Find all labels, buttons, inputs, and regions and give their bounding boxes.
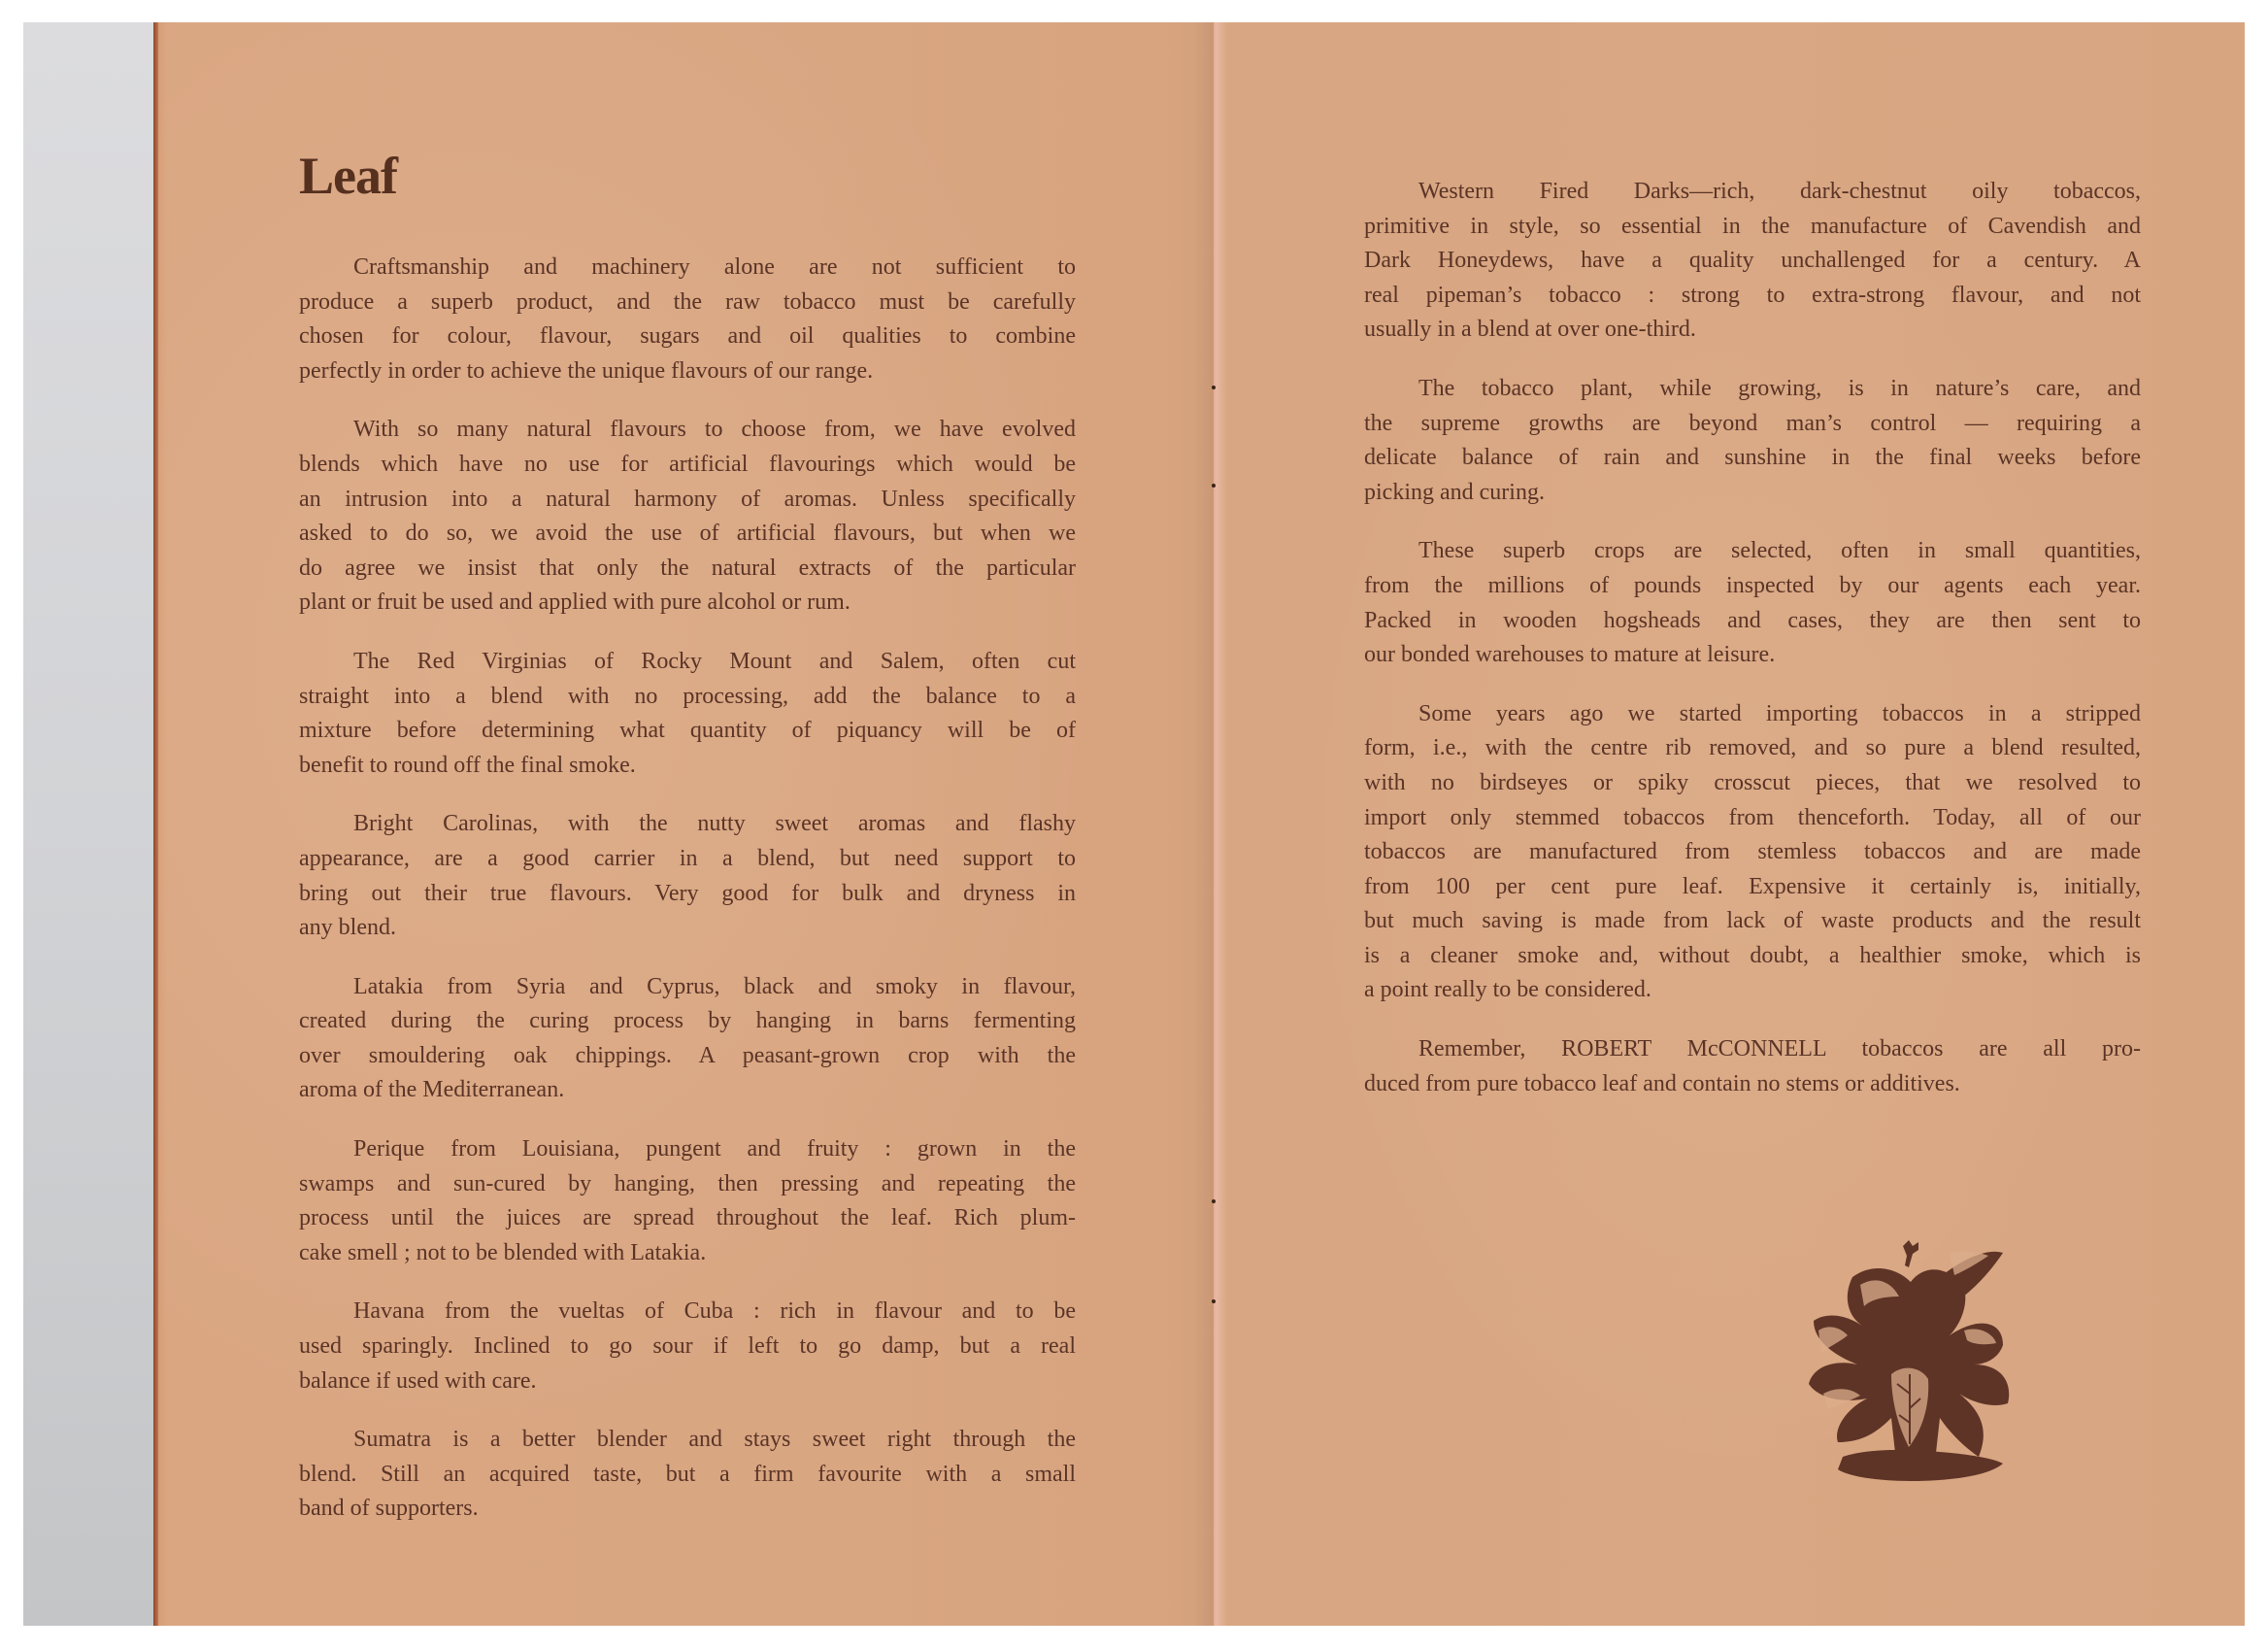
text-line: over smouldering oak chippings. A peasan…: [299, 1039, 1076, 1074]
staple-mark: [1212, 1199, 1216, 1203]
text-line: duced from pure tobacco leaf and contain…: [1364, 1067, 2141, 1102]
text-line: from the millions of pounds inspected by…: [1364, 569, 2141, 604]
text-line: a point really to be considered.: [1364, 973, 2141, 1008]
staple-mark: [1212, 484, 1216, 488]
text-line: Remember, ROBERT McCONNELL tobaccos are …: [1364, 1032, 2141, 1067]
text-line: balance if used with care.: [299, 1365, 1076, 1399]
text-line: tobaccos are manufactured from stemless …: [1364, 835, 2141, 870]
text-line: These superb crops are selected, often i…: [1364, 534, 2141, 569]
page-edge: [153, 22, 158, 1626]
text-line: process until the juices are spread thro…: [299, 1201, 1076, 1236]
text-line: asked to do so, we avoid the use of arti…: [299, 517, 1076, 552]
text-line: Bright Carolinas, with the nutty sweet a…: [299, 807, 1076, 842]
text-line: any blend.: [299, 911, 1076, 946]
paragraph: Remember, ROBERT McCONNELL tobaccos are …: [1364, 1032, 2141, 1101]
text-line: chosen for colour, flavour, sugars and o…: [299, 320, 1076, 354]
text-line: Havana from the vueltas of Cuba : rich i…: [299, 1295, 1076, 1330]
paragraph: The Red Virginias of Rocky Mount and Sal…: [299, 645, 1076, 783]
text-line: Sumatra is a better blender and stays sw…: [299, 1423, 1076, 1458]
paragraph: Latakia from Syria and Cyprus, black and…: [299, 970, 1076, 1108]
text-line: with no birdseyes or spiky crosscut piec…: [1364, 766, 2141, 801]
text-line: Craftsmanship and machinery alone are no…: [299, 251, 1076, 286]
paragraph: Bright Carolinas, with the nutty sweet a…: [299, 807, 1076, 945]
text-line: Dark Honeydews, have a quality unchallen…: [1364, 244, 2141, 279]
text-line: The Red Virginias of Rocky Mount and Sal…: [299, 645, 1076, 680]
text-line: benefit to round off the final smoke.: [299, 749, 1076, 784]
paragraph: Some years ago we started importing toba…: [1364, 697, 2141, 1008]
staple-mark: [1212, 1299, 1216, 1303]
text-line: primitive in style, so essential in the …: [1364, 210, 2141, 245]
text-line: blends which have no use for artificial …: [299, 448, 1076, 483]
paragraph: Havana from the vueltas of Cuba : rich i…: [299, 1295, 1076, 1398]
booklet-spread: Leaf Craftsmanship and machinery alone a…: [153, 22, 2245, 1626]
text-line: an intrusion into a natural harmony of a…: [299, 483, 1076, 518]
text-line: Latakia from Syria and Cyprus, black and…: [299, 970, 1076, 1005]
text-line: used sparingly. Inclined to go sour if l…: [299, 1330, 1076, 1365]
text-line: The tobacco plant, while growing, is in …: [1364, 372, 2141, 407]
text-line: bring out their true flavours. Very good…: [299, 877, 1076, 912]
text-line: do agree we insist that only the natural…: [299, 552, 1076, 587]
paragraph: Western Fired Darks—rich, dark-chestnut …: [1364, 175, 2141, 348]
scanner-backing: [23, 22, 159, 1626]
text-line: delicate balance of rain and sunshine in…: [1364, 441, 2141, 476]
text-line: is a cleaner smoke and, without doubt, a…: [1364, 939, 2141, 974]
paragraph: The tobacco plant, while growing, is in …: [1364, 372, 2141, 510]
text-line: Perique from Louisiana, pungent and frui…: [299, 1132, 1076, 1167]
spine-shadow: [1194, 22, 1214, 1626]
scan-canvas: Leaf Craftsmanship and machinery alone a…: [0, 0, 2268, 1651]
paragraph: Sumatra is a better blender and stays sw…: [299, 1423, 1076, 1527]
text-line: band of supporters.: [299, 1492, 1076, 1527]
staple-mark: [1212, 386, 1216, 389]
text-line: import only stemmed tobaccos from thence…: [1364, 801, 2141, 836]
text-line: Western Fired Darks—rich, dark-chestnut …: [1364, 175, 2141, 210]
tobacco-plant-icon: [1794, 1238, 2027, 1491]
text-line: Some years ago we started importing toba…: [1364, 697, 2141, 732]
text-line: blend. Still an acquired taste, but a fi…: [299, 1458, 1076, 1493]
text-line: created during the curing process by han…: [299, 1004, 1076, 1039]
text-line: from 100 per cent pure leaf. Expensive i…: [1364, 870, 2141, 905]
text-line: real pipeman’s tobacco : strong to extra…: [1364, 279, 2141, 314]
right-page-body: Western Fired Darks—rich, dark-chestnut …: [1364, 175, 2141, 1126]
text-line: Packed in wooden hogsheads and cases, th…: [1364, 604, 2141, 639]
text-line: the supreme growths are beyond man’s con…: [1364, 407, 2141, 442]
right-page: Western Fired Darks—rich, dark-chestnut …: [1214, 22, 2245, 1626]
text-line: mixture before determining what quantity…: [299, 714, 1076, 749]
paragraph: These superb crops are selected, often i…: [1364, 534, 2141, 672]
text-line: swamps and sun-cured by hanging, then pr…: [299, 1167, 1076, 1202]
text-line: form, i.e., with the centre rib removed,…: [1364, 731, 2141, 766]
text-line: our bonded warehouses to mature at leisu…: [1364, 638, 2141, 673]
text-line: plant or fruit be used and applied with …: [299, 586, 1076, 621]
text-line: produce a superb product, and the raw to…: [299, 286, 1076, 320]
text-line: picking and curing.: [1364, 476, 2141, 511]
text-line: cake smell ; not to be blended with Lata…: [299, 1236, 1076, 1271]
paragraph: With so many natural flavours to choose …: [299, 413, 1076, 621]
paragraph: Perique from Louisiana, pungent and frui…: [299, 1132, 1076, 1270]
left-page: Leaf Craftsmanship and machinery alone a…: [153, 22, 1214, 1626]
text-line: but much saving is made from lack of was…: [1364, 904, 2141, 939]
paragraph: Craftsmanship and machinery alone are no…: [299, 251, 1076, 388]
text-line: With so many natural flavours to choose …: [299, 413, 1076, 448]
text-line: perfectly in order to achieve the unique…: [299, 354, 1076, 389]
text-line: appearance, are a good carrier in a blen…: [299, 842, 1076, 877]
page-title: Leaf: [299, 147, 397, 205]
left-page-body: Craftsmanship and machinery alone are no…: [299, 251, 1076, 1551]
text-line: usually in a blend at over one-third.: [1364, 313, 2141, 348]
text-line: aroma of the Mediterranean.: [299, 1073, 1076, 1108]
text-line: straight into a blend with no processing…: [299, 680, 1076, 715]
